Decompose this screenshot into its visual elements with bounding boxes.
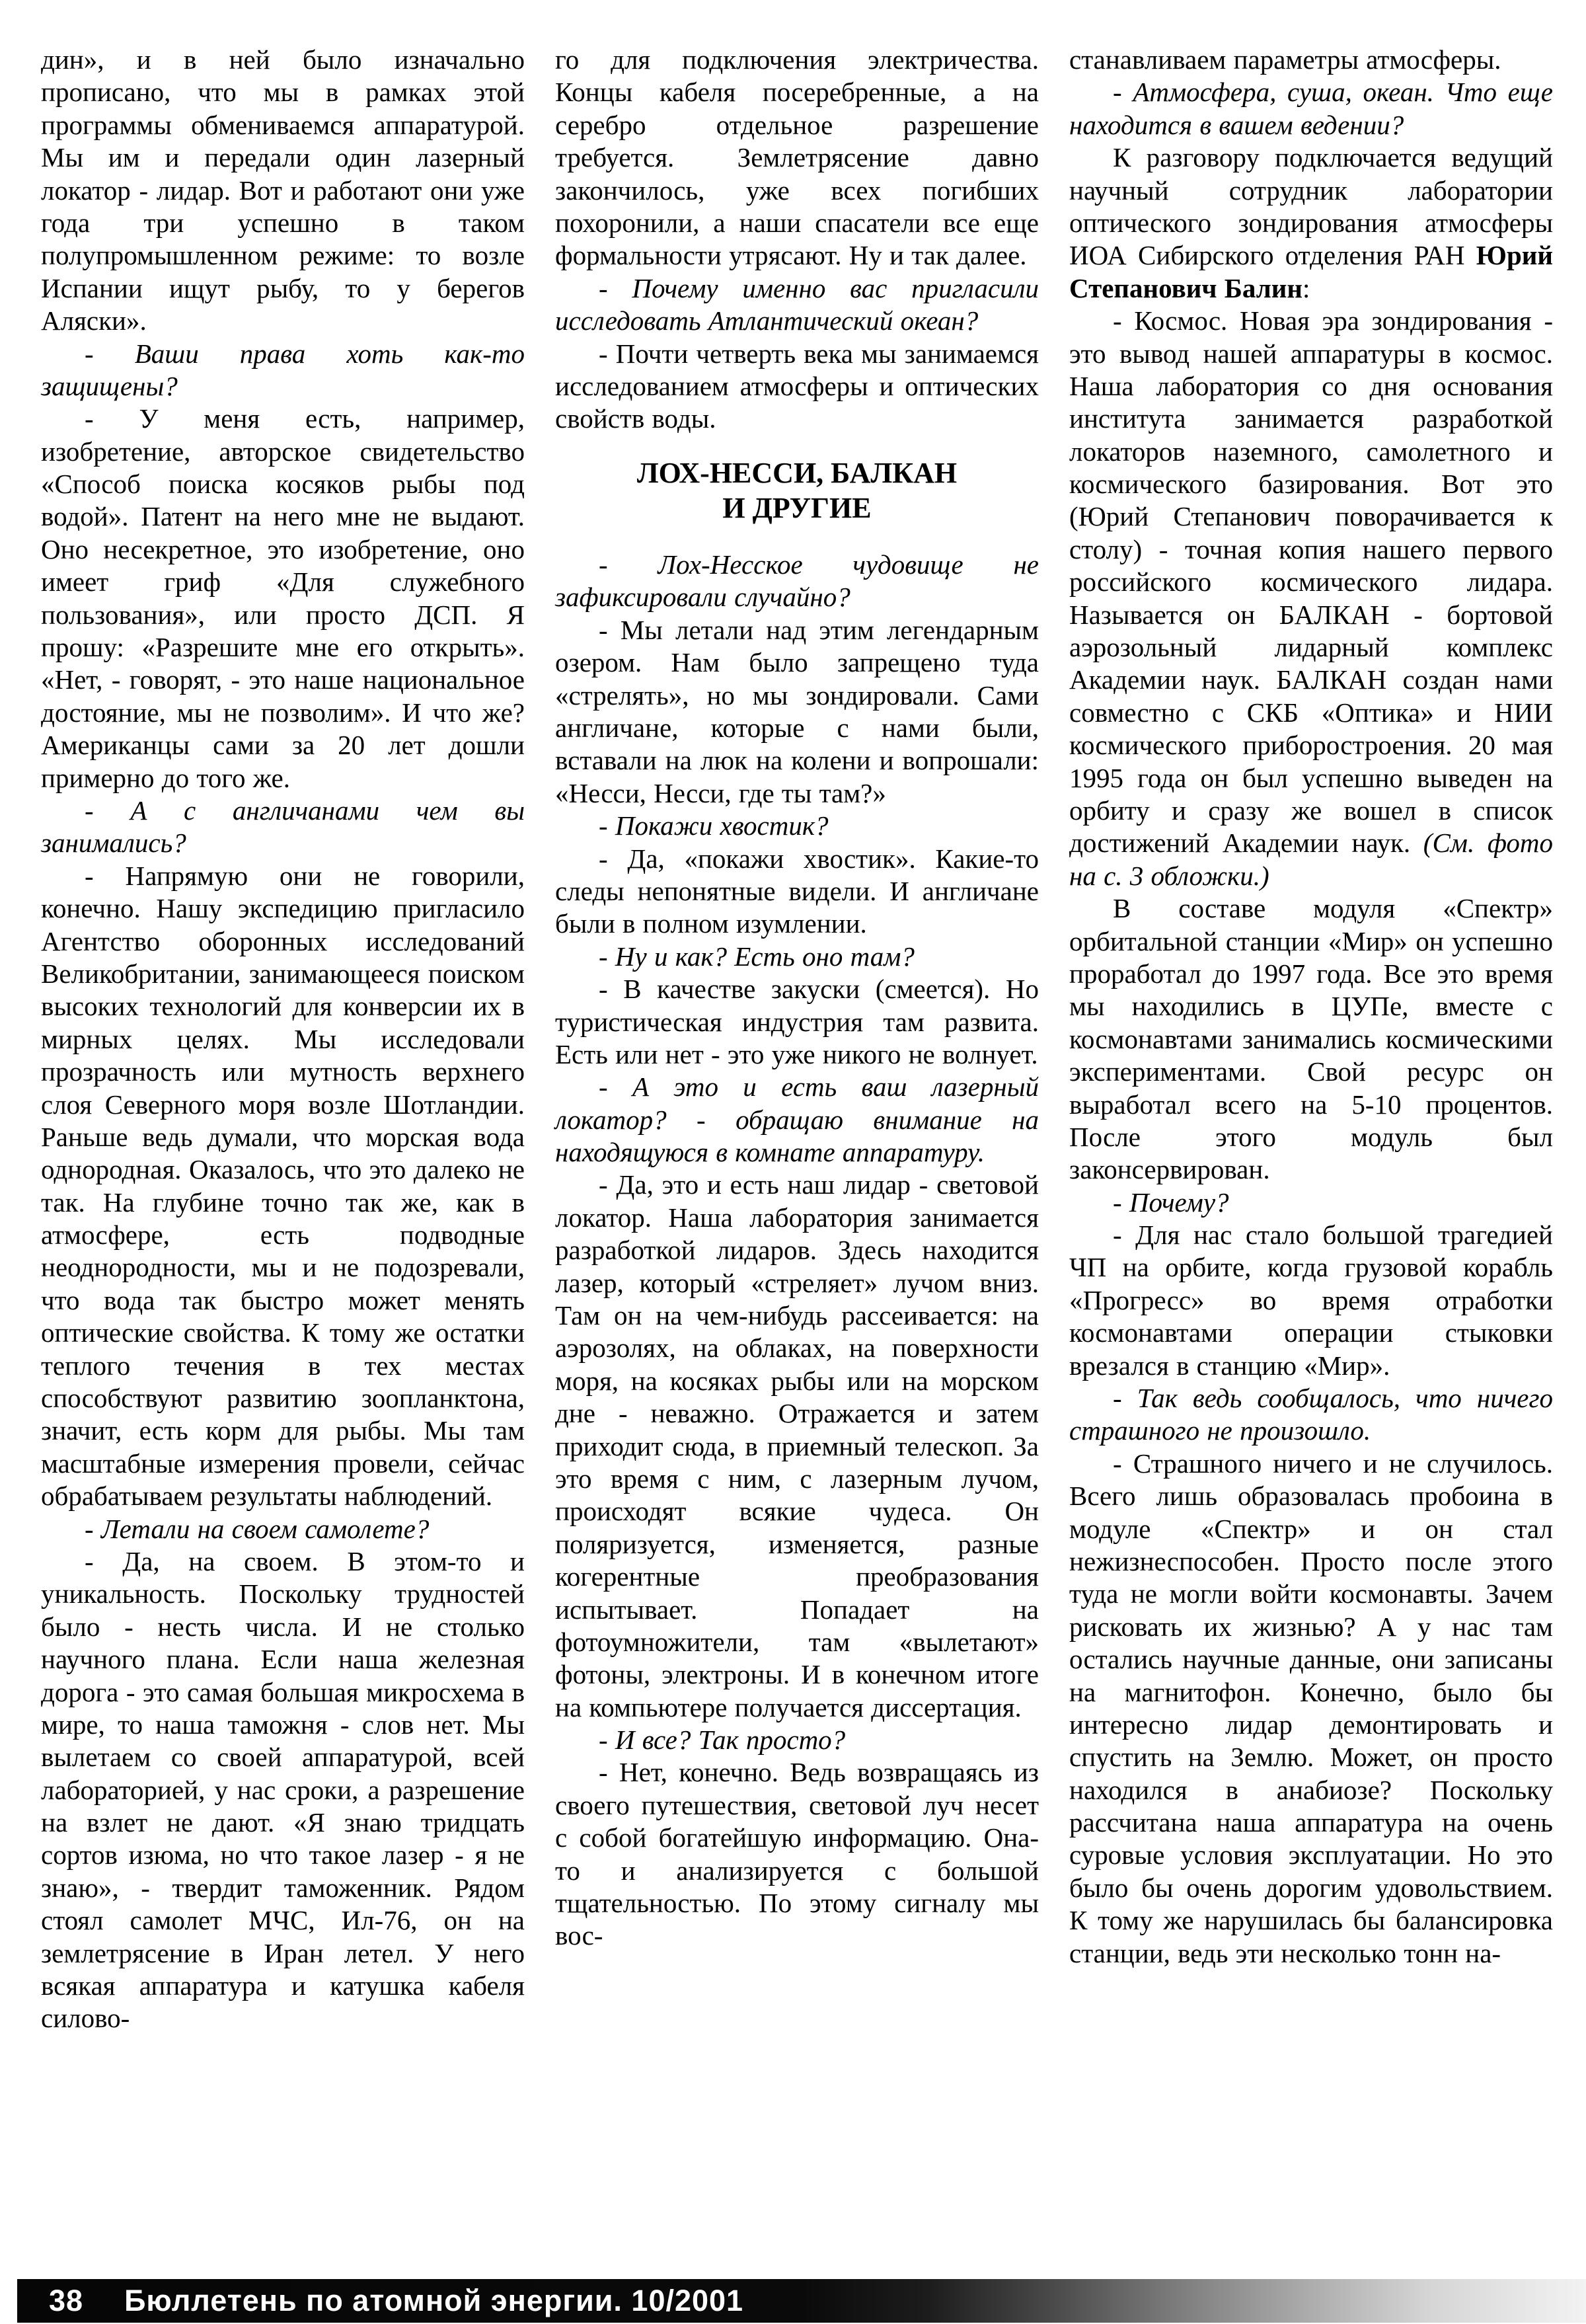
text-run: - Да, на своем. В этом-то и уникальность… <box>41 1546 525 2033</box>
text-run: - Лох-Несское чудовище не зафиксировали … <box>555 549 1039 612</box>
text-run: - Ну и как? Есть оно там? <box>599 941 915 972</box>
paragraph: К разговору подключается ведущий научный… <box>1069 141 1553 305</box>
text-run: - Да, «покажи хвостик». Какие-то следы н… <box>555 843 1039 939</box>
text-run: - Нет, конечно. Ведь возвращаясь из свое… <box>555 1757 1039 1951</box>
text-run: - Почему? <box>1113 1187 1229 1218</box>
text-run: - И все? Так просто? <box>599 1724 845 1755</box>
section-heading: ЛОХ-НЕССИ, БАЛКАНИ ДРУГИЕ <box>555 455 1039 526</box>
paragraph: - Космос. Новая эра зондирования - это в… <box>1069 305 1553 892</box>
paragraph: - Нет, конечно. Ведь возвращаясь из свое… <box>555 1756 1039 1952</box>
text-run: - В качестве закуски (смеется). Но турис… <box>555 974 1039 1069</box>
interview-question: - Покажи хвостик? <box>555 810 1039 842</box>
paragraph: станавливаем параметры атмосферы. <box>1069 44 1553 76</box>
paragraph: В составе модуля «Спектр» орбитальной ст… <box>1069 892 1553 1186</box>
paragraph: - Да, это и есть наш лидар - световой ло… <box>555 1169 1039 1724</box>
text-run: : <box>1303 273 1310 303</box>
interview-question: - Лох-Несское чудовище не зафиксировали … <box>555 549 1039 614</box>
interview-question: - Так ведь сообщалось, что ничего страшн… <box>1069 1382 1553 1448</box>
paragraph: - Напрямую они не говорили, конечно. Наш… <box>41 860 525 1513</box>
text-run: - Так ведь сообщалось, что ничего страшн… <box>1069 1383 1553 1446</box>
text-run: - Ваши права хоть как-то защищены? <box>41 338 525 401</box>
paragraph: - Для нас стало большой трагедией ЧП на … <box>1069 1219 1553 1382</box>
interview-question: - А это и есть ваш лазерный локатор? - о… <box>555 1071 1039 1169</box>
interview-question: - Почему? <box>1069 1186 1553 1219</box>
text-run: - Почти четверть века мы занимаемся иссл… <box>555 338 1039 434</box>
paragraph: - Да, на своем. В этом-то и уникальность… <box>41 1545 525 2035</box>
text-run: - Мы летали над этим легендарным озером.… <box>555 615 1039 808</box>
interview-question: - Почему именно вас пригласили исследова… <box>555 272 1039 338</box>
text-run: - Космос. Новая эра зондирования - это в… <box>1069 305 1553 858</box>
interview-question: - Ну и как? Есть оно там? <box>555 941 1039 973</box>
paragraph: - В качестве закуски (смеется). Но турис… <box>555 973 1039 1071</box>
text-column-2: го для подключения электричества. Концы … <box>555 44 1039 2035</box>
text-run: - А это и есть ваш лазерный локатор? - о… <box>555 1071 1039 1167</box>
text-run: В составе модуля «Спектр» орбитальной ст… <box>1069 893 1553 1184</box>
journal-title: Бюллетень по атомной энергии. 10/2001 <box>124 2284 743 2318</box>
interview-question: - Ваши права хоть как-то защищены? <box>41 338 525 403</box>
text-run: дин», и в ней было изначально прописано,… <box>41 44 525 336</box>
footer-bar: 38 Бюллетень по атомной энергии. 10/2001 <box>17 2279 1586 2323</box>
text-run: - Покажи хвостик? <box>599 810 829 841</box>
text-column-1: дин», и в ней было изначально прописано,… <box>41 44 525 2035</box>
text-run: станавливаем параметры атмосферы. <box>1069 44 1501 75</box>
text-run: - Для нас стало большой трагедией ЧП на … <box>1069 1220 1553 1381</box>
text-run: го для подключения электричества. Концы … <box>555 44 1039 270</box>
paragraph: - У меня есть, например, изобретение, ав… <box>41 403 525 794</box>
page-number: 38 <box>49 2284 83 2318</box>
text-run: - А с англичанами чем вы занимались? <box>41 795 525 858</box>
section-heading-line: ЛОХ-НЕССИ, БАЛКАН <box>637 457 957 489</box>
paragraph: дин», и в ней было изначально прописано,… <box>41 44 525 338</box>
text-run: - Напрямую они не говорили, конечно. Наш… <box>41 861 525 1511</box>
interview-question: - Летали на своем самолете? <box>41 1513 525 1545</box>
magazine-page: дин», и в ней было изначально прописано,… <box>0 0 1586 2324</box>
text-run: - У меня есть, например, изобретение, ав… <box>41 403 525 793</box>
interview-question: - И все? Так просто? <box>555 1724 1039 1756</box>
text-run: - Да, это и есть наш лидар - световой ло… <box>555 1169 1039 1722</box>
text-column-3: станавливаем параметры атмосферы.- Атмос… <box>1069 44 1553 2035</box>
text-run: - Атмосфера, суша, океан. Что еще находи… <box>1069 77 1553 139</box>
paragraph: - Почти четверть века мы занимаемся иссл… <box>555 338 1039 436</box>
paragraph: го для подключения электричества. Концы … <box>555 44 1039 272</box>
interview-question: - А с англичанами чем вы занимались? <box>41 794 525 860</box>
section-heading-line: И ДРУГИЕ <box>722 492 871 524</box>
interview-question: - Атмосфера, суша, океан. Что еще находи… <box>1069 76 1553 141</box>
article-columns: дин», и в ней было изначально прописано,… <box>41 44 1553 2035</box>
text-run: - Летали на своем самолете? <box>85 1514 429 1544</box>
text-run: - Почему именно вас пригласили исследова… <box>555 273 1039 336</box>
paragraph: - Страшного ничего и не случилось. Всего… <box>1069 1448 1553 1970</box>
paragraph: - Да, «покажи хвостик». Какие-то следы н… <box>555 843 1039 941</box>
paragraph: - Мы летали над этим легендарным озером.… <box>555 614 1039 810</box>
text-run: - Страшного ничего и не случилось. Всего… <box>1069 1448 1553 1968</box>
